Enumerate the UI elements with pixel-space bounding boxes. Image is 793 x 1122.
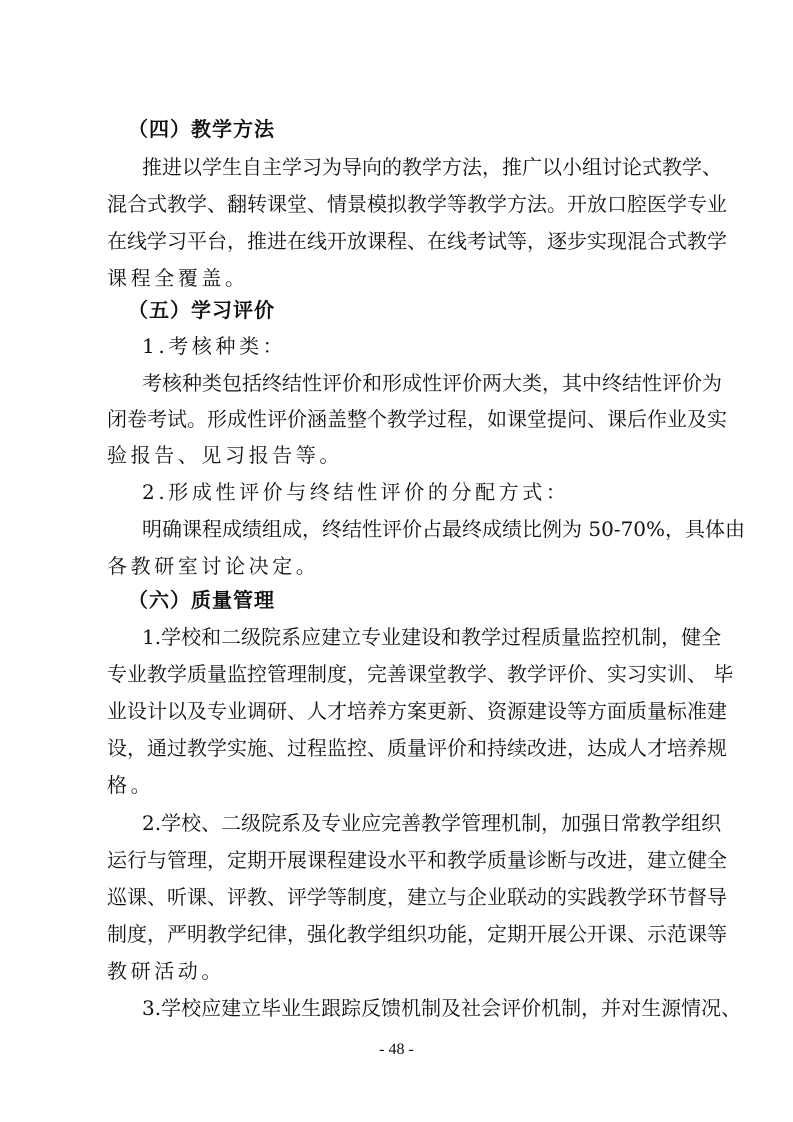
paragraph-line: 混合式教学、翻转课堂、情景模拟教学等教学方法。开放口腔医学专业: [107, 192, 689, 216]
paragraph-line: 3.学校应建立毕业生跟踪反馈机制及社会评价机制，并对生源情况、: [142, 996, 689, 1020]
paragraph-line: 设，通过教学实施、过程监控、质量评价和持续改进，达成人才培养规: [107, 736, 689, 760]
section-heading-quality-management: （六）质量管理: [128, 588, 710, 612]
paragraph-line: 考核种类包括终结性评价和形成性评价两大类，其中终结性评价为: [142, 371, 689, 395]
paragraph-line: 2.学校、二级院系及专业应完善教学管理机制，加强日常教学组织: [142, 811, 689, 835]
paragraph-line: 专业教学质量监控管理制度，完善课堂教学、教学评价、实习实训、 毕: [107, 662, 689, 686]
paragraph-line: 业设计以及专业调研、人才培养方案更新、资源建设等方面质量标准建: [107, 699, 689, 723]
paragraph-line: 运行与管理，定期开展课程建设水平和教学质量诊断与改进，建立健全: [107, 848, 689, 872]
paragraph-line: 在线学习平台，推进在线开放课程、在线考试等，逐步实现混合式教学: [107, 229, 689, 253]
document-page: （四）教学方法 推进以学生自主学习为导向的教学方法，推广以小组讨论式教学、 混合…: [0, 0, 793, 1122]
paragraph-line: 各教研室讨论决定。: [107, 554, 689, 578]
subheading-line: 1.考核种类：: [142, 334, 689, 358]
paragraph-line: 明确课程成绩组成，终结性评价占最终成绩比例为 50-70%，具体由: [142, 517, 689, 541]
subheading-line: 2.形成性评价与终结性评价的分配方式：: [142, 480, 689, 504]
paragraph-line: 制度，严明教学纪律，强化教学组织功能，定期开展公开课、示范课等: [107, 922, 689, 946]
page-number: - 48 -: [0, 1041, 793, 1059]
paragraph-line: 推进以学生自主学习为导向的教学方法，推广以小组讨论式教学、: [142, 155, 689, 179]
section-heading-teaching-methods: （四）教学方法: [128, 117, 710, 141]
paragraph-line: 1.学校和二级院系应建立专业建设和教学过程质量监控机制，健全: [142, 625, 689, 649]
paragraph-line: 闭卷考试。形成性评价涵盖整个教学过程，如课堂提问、课后作业及实: [107, 407, 689, 431]
paragraph-line: 格。: [107, 773, 689, 797]
section-heading-learning-evaluation: （五）学习评价: [128, 298, 710, 322]
paragraph-line: 教研活动。: [107, 959, 689, 983]
paragraph-line: 巡课、听课、评教、评学等制度，建立与企业联动的实践教学环节督导: [107, 885, 689, 909]
paragraph-line: 课程全覆盖。: [107, 266, 689, 290]
paragraph-line: 验报告、见习报告等。: [107, 443, 689, 467]
